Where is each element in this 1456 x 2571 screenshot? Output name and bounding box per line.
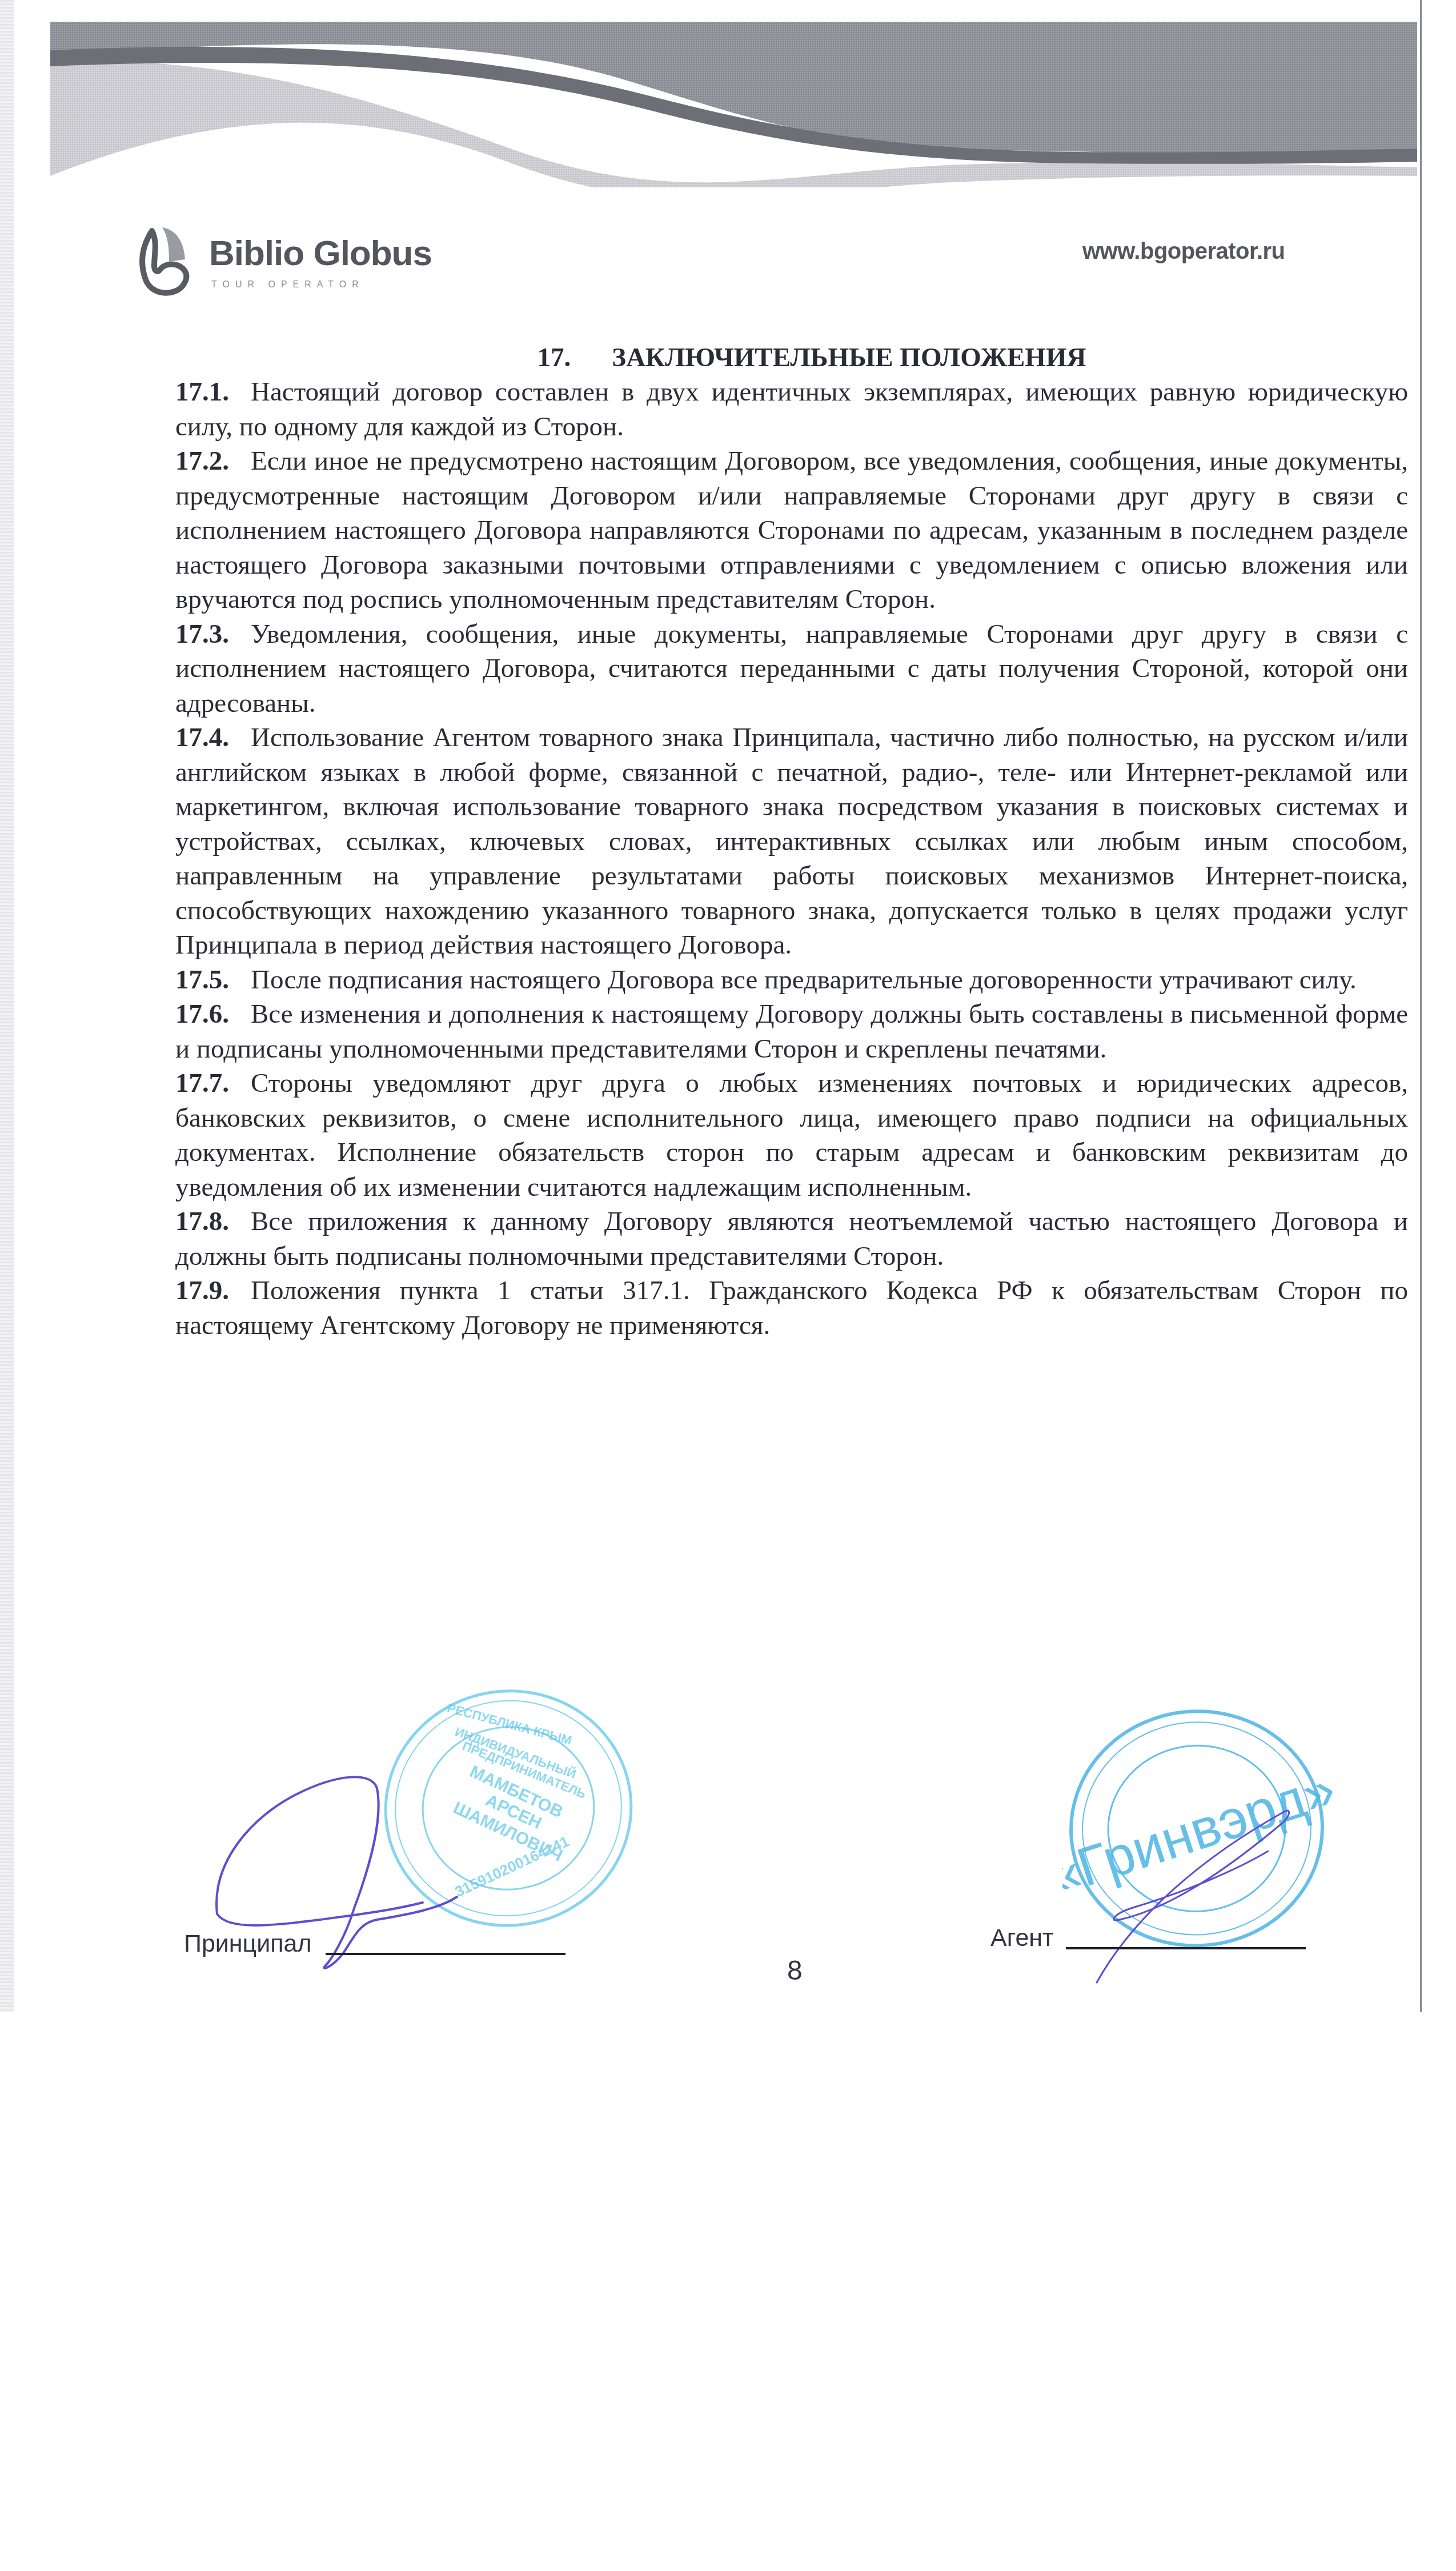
brand-tagline: TOUR OPERATOR (211, 280, 364, 290)
clause-text: Положения пункта 1 статьи 317.1. Граждан… (175, 1276, 1408, 1340)
clause-17-2: 17.2.Если иное не предусмотрено настоящи… (175, 444, 1408, 617)
agent-signature (1074, 1800, 1314, 1994)
clause-text: Все изменения и дополнения к настоящему … (175, 999, 1408, 1064)
clause-number: 17.3. (175, 619, 229, 649)
section-title: 17.ЗАКЛЮЧИТЕЛЬНЫЕ ПОЛОЖЕНИЯ (175, 341, 1408, 375)
clause-17-3: 17.3.Уведомления, сообщения, иные докуме… (175, 617, 1408, 721)
biblio-globus-logo: Biblio Globus TOUR OPERATOR (135, 224, 466, 304)
section-heading: ЗАКЛЮЧИТЕЛЬНЫЕ ПОЛОЖЕНИЯ (612, 343, 1086, 373)
scanned-page: Biblio Globus TOUR OPERATOR www.bgoperat… (0, 0, 1456, 2012)
clause-number: 17.4. (175, 723, 229, 752)
clause-text: Если иное не предусмотрено настоящим Дог… (175, 446, 1408, 614)
clause-text: Настоящий договор составлен в двух идент… (175, 377, 1408, 442)
clause-number: 17.7. (175, 1068, 229, 1098)
clause-text: После подписания настоящего Договора все… (251, 965, 1357, 995)
scan-right-edge (1420, 0, 1422, 2012)
clause-number: 17.6. (175, 999, 229, 1029)
agent-label: Агент (990, 1924, 1054, 1952)
clause-17-6: 17.6.Все изменения и дополнения к настоя… (175, 997, 1408, 1066)
section-number: 17. (538, 343, 571, 373)
clause-text: Стороны уведомляют друг друга о любых из… (175, 1068, 1408, 1202)
clause-number: 17.1. (175, 377, 229, 407)
logo-mark-icon (135, 224, 203, 298)
clause-text: Уведомления, сообщения, иные документы, … (175, 619, 1408, 718)
agent-sign-line (1066, 1947, 1306, 1949)
clause-number: 17.5. (175, 965, 229, 995)
brand-name: Biblio Globus (209, 233, 432, 274)
clause-number: 17.9. (175, 1276, 229, 1305)
page-number: 8 (787, 1955, 803, 1987)
website-url: www.bgoperator.ru (1082, 239, 1285, 265)
clause-17-1: 17.1.Настоящий договор составлен в двух … (175, 375, 1408, 444)
clause-17-9: 17.9.Положения пункта 1 статьи 317.1. Гр… (175, 1274, 1408, 1343)
clause-17-5: 17.5.После подписания настоящего Договор… (175, 963, 1408, 998)
clause-text: Все приложения к данному Договору являют… (175, 1207, 1408, 1271)
scan-left-edge (0, 0, 14, 2012)
clause-text: Использование Агентом товарного знака Пр… (175, 723, 1408, 960)
clause-17-4: 17.4.Использование Агентом товарного зна… (175, 720, 1408, 963)
clause-number: 17.8. (175, 1207, 229, 1236)
principal-sign-line (326, 1953, 565, 1955)
clause-number: 17.2. (175, 446, 229, 476)
document-body: 17.ЗАКЛЮЧИТЕЛЬНЫЕ ПОЛОЖЕНИЯ 17.1.Настоящ… (175, 341, 1408, 1343)
principal-label: Принципал (184, 1930, 312, 1958)
header-wave-graphic (50, 22, 1417, 187)
clause-17-8: 17.8.Все приложения к данному Договору я… (175, 1204, 1408, 1274)
clause-17-7: 17.7.Стороны уведомляют друг друга о люб… (175, 1066, 1408, 1204)
